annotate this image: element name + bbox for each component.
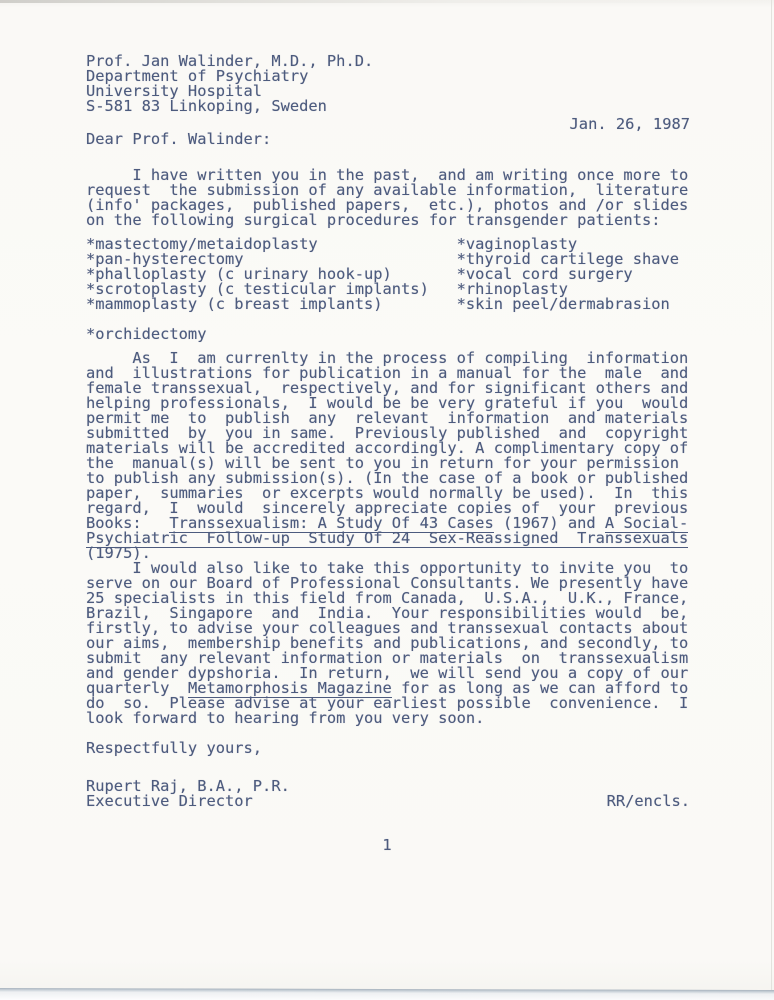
paragraph-request: I have written you in the past, and am w… — [86, 168, 690, 243]
recipient-address: Prof. Jan Walinder, M.D., Ph.D.Departmen… — [86, 54, 690, 114]
letter-line — [86, 147, 690, 162]
letter-line: look forward to hearing from you very so… — [86, 711, 690, 726]
underlined-text: Psychiatric Follow-up Study Of 24 Sex-Re… — [86, 529, 688, 548]
letter-line: on the following surgical procedures for… — [86, 213, 690, 228]
reference-initials: RR/encls. — [607, 794, 690, 809]
letter-line: S-581 83 Linkoping, Sweden — [86, 99, 690, 114]
signature-title: Executive Director — [86, 794, 253, 809]
signature: Rupert Raj, B.A., P.R.Executive Director… — [86, 779, 690, 809]
scan-edge-bottom — [0, 988, 774, 1000]
salutation: Dear Prof. Walinder: — [86, 132, 690, 162]
letter-page: Prof. Jan Walinder, M.D., Ph.D.Departmen… — [0, 0, 774, 1000]
letter-line: Executive DirectorRR/encls. — [86, 794, 690, 809]
letter-line: Psychiatric Follow-up Study Of 24 Sex-Re… — [86, 531, 690, 546]
scan-edge-top — [0, 0, 774, 3]
letter-line: Respectfully yours, — [86, 741, 690, 756]
letter-line: *orchidectomy — [86, 327, 690, 342]
closing: Respectfully yours, — [86, 726, 690, 771]
page-number: 1 — [0, 836, 774, 854]
procedures-list: *mastectomy/metaidoplasty *vaginoplasty*… — [86, 237, 690, 357]
letter-line: *mammoplasty (c breast implants) *skin p… — [86, 297, 690, 312]
letter-line: Dear Prof. Walinder: — [86, 132, 690, 147]
letter-body: Prof. Jan Walinder, M.D., Ph.D.Departmen… — [86, 54, 690, 809]
paragraph-compiling: As I am currenlty in the process of comp… — [86, 351, 690, 561]
paragraph-invitation: I would also like to take this opportuni… — [86, 561, 690, 726]
letter-line — [86, 756, 690, 771]
